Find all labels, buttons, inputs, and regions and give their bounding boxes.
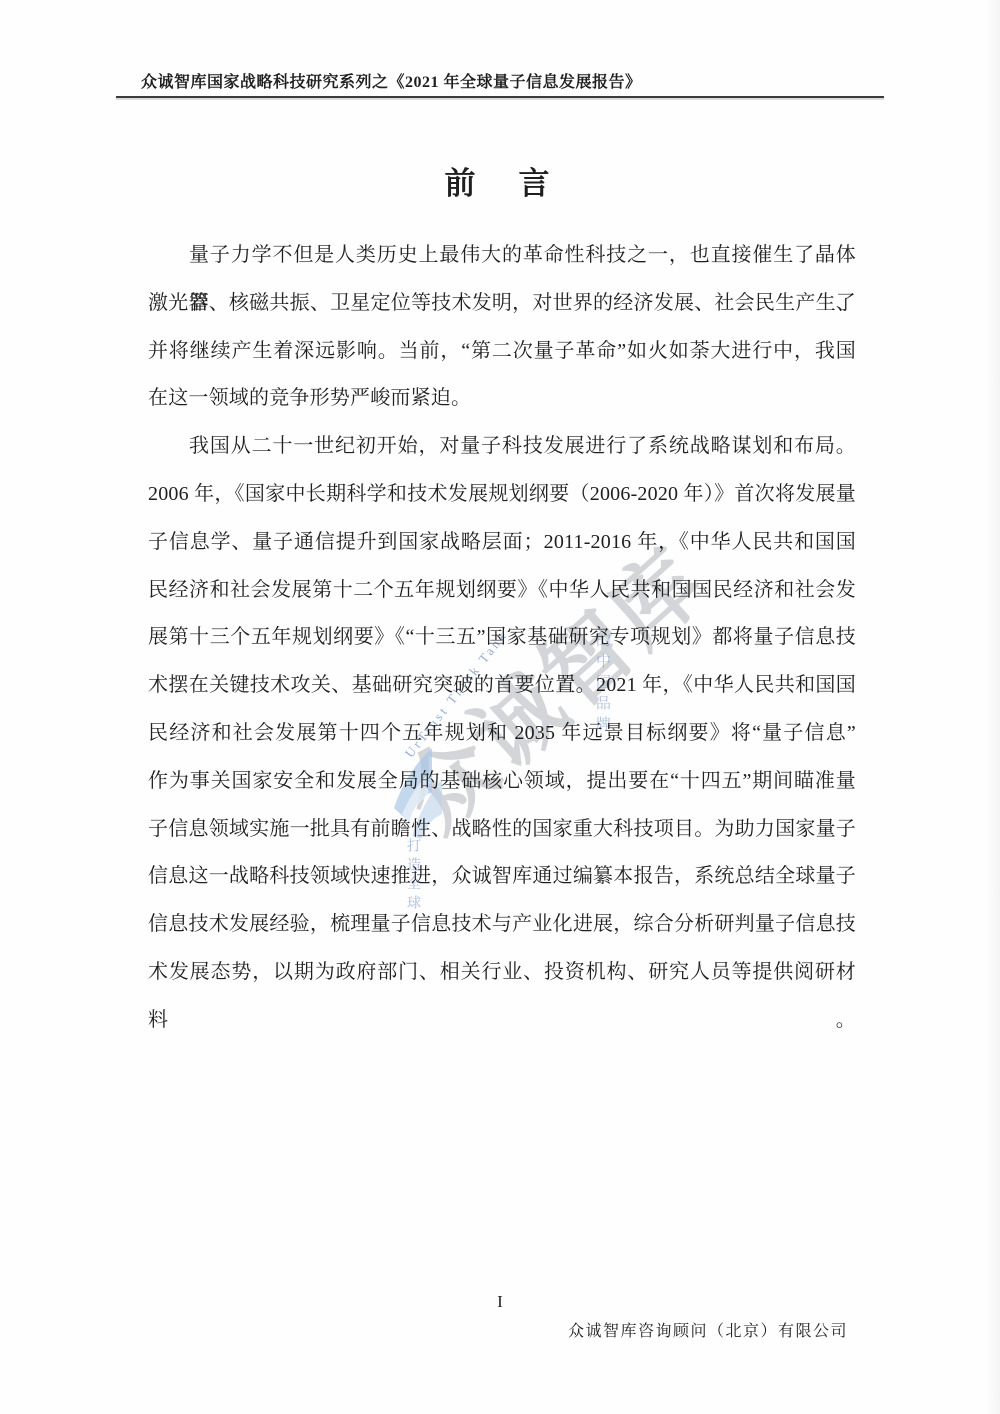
- body-line: 民经济和社会发展第十二个五年规划纲要》《中华人民共和国国民经济和社会发: [148, 567, 856, 615]
- header-rule: [116, 96, 884, 98]
- body-line: 量子力学不但是人类历史上最伟大的革命性科技之一，也直接催生了晶体管、: [148, 232, 856, 280]
- body-line: 激光器、核磁共振、卫星定位等技术发明，对世界的经济发展、社会民生产生了: [148, 280, 856, 328]
- body-line: 信息这一战略科技领域快速推进，众诚智库通过编纂本报告，系统总结全球量子: [148, 853, 856, 901]
- body-line: 子信息学、量子通信提升到国家战略层面；2011-2016 年，《中华人民共和国国: [148, 519, 856, 567]
- footer-company-name: 众诚智库咨询顾问（北京）有限公司: [568, 1318, 848, 1341]
- body-line: 信息技术发展经验，梳理量子信息技术与产业化进展，综合分析研判量子信息技: [148, 901, 856, 949]
- body-line: 作为事关国家安全和发展全局的基础核心领域，提出要在“十四五”期间瞄准量: [148, 758, 856, 806]
- document-page: 众诚智库国家战略科技研究系列之《2021 年全球量子信息发展报告》 众诚智库 U…: [0, 0, 1000, 1414]
- body-line: 民经济和社会发展第十四个五年规划和 2035 年远景目标纲要》将“量子信息”: [148, 710, 856, 758]
- body-line: 并将继续产生着深远影响。当前，“第二次量子革命”如火如荼大进行中，我国: [148, 328, 856, 376]
- body-line: 展第十三个五年规划纲要》《“十三五”国家基础研究专项规划》都将量子信息技: [148, 614, 856, 662]
- body-line: 在这一领域的竞争形势严峻而紧迫。: [148, 375, 856, 423]
- page-title: 前 言: [0, 158, 1000, 203]
- body-line: 术发展态势，以期为政府部门、相关行业、投资机构、研究人员等提供阅研材料。: [148, 949, 856, 997]
- page-number: I: [0, 1292, 1000, 1312]
- body-line: 我国从二十一世纪初开始，对量子科技发展进行了系统战略谋划和布局。: [148, 423, 856, 471]
- body-line: 子信息领域实施一批具有前瞻性、战略性的国家重大科技项目。为助力国家量子: [148, 806, 856, 854]
- scan-edge-shading: [986, 0, 1000, 1414]
- body-line: 术摆在关键技术攻关、基础研究突破的首要位置。2021 年，《中华人民共和国国: [148, 662, 856, 710]
- header-series-title: 众诚智库国家战略科技研究系列之《2021 年全球量子信息发展报告》: [141, 69, 642, 92]
- body-text: 量子力学不但是人类历史上最伟大的革命性科技之一，也直接催生了晶体管、 激光器、核…: [148, 232, 856, 997]
- body-line: 2006 年，《国家中长期科学和技术发展规划纲要（2006-2020 年）》首次…: [148, 471, 856, 519]
